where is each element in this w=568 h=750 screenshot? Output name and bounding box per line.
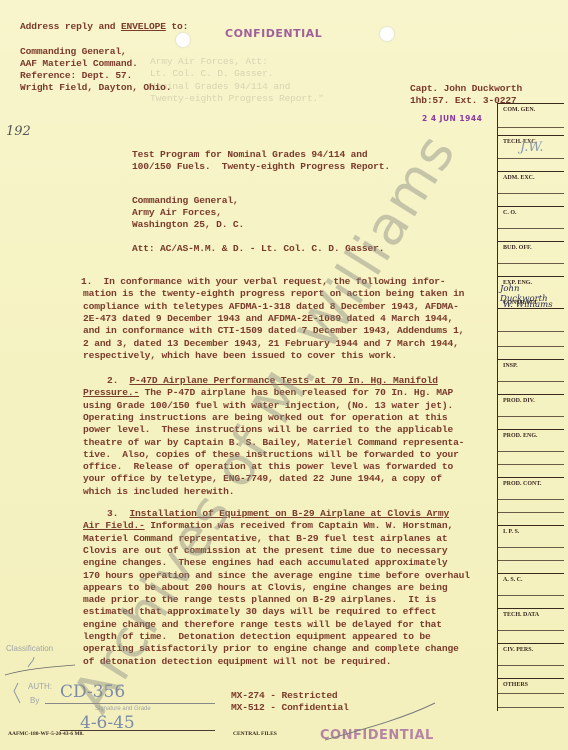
routing-row [498,512,564,513]
addressee-line: Army Air Forces, [132,207,222,219]
routing-sidebar: COM. GEN. TECH. EXC. ADM. EXC. C. O. BUD… [497,103,568,711]
handwritten-page-number: 192 [6,124,31,139]
paragraph-heading-cont: Air Field.- [83,520,145,531]
addressee-line: Washington 25, D. C. [132,219,244,231]
routing-row [498,331,564,332]
sender-line: Commanding General, [20,46,127,58]
routing-label: PROD. CONT. [503,481,541,487]
routing-label: INSP. [503,363,518,369]
address-reply-text: Address reply and [20,21,121,32]
document-page: Army Air Forces, Att: Lt. Col. C. D. Gas… [0,0,568,750]
routing-row [498,158,564,159]
routing-row [498,547,564,548]
routing-row [498,381,564,382]
routing-row [498,228,564,229]
signature-tech-exc: J.W. [520,140,544,155]
routing-label: PROD. DIV. [503,398,535,404]
routing-row: TECH. EXC. [498,135,564,136]
routing-row [498,464,564,465]
routing-label: TECH. DATA [503,612,539,618]
sender-line: AAF Materiel Command. [20,58,138,70]
paragraph-line: Materiel Command representative, that B-… [83,533,447,545]
central-files-label: CENTRAL FILES [233,731,277,737]
routing-row [498,193,564,194]
routing-row: EXP. ENG. [498,276,564,277]
routing-label: BUD. OFF. [503,245,532,251]
routing-row: PROD. DIV. [498,394,564,395]
paragraph-line: Clovis are out of commission at the pres… [83,545,447,557]
subject-line: Test Program for Nominal Grades 94/114 a… [132,149,368,161]
routing-label: PROD. ENG. [503,433,538,439]
confidential-stamp-top: CONFIDENTIAL [225,27,322,40]
address-reply-tail: to: [166,21,188,32]
routing-row [498,630,564,631]
routing-row: C. O. [498,206,564,207]
addressee-line: Commanding General, [132,195,239,207]
signature-contract: W. Williams [503,300,553,310]
routing-row [498,263,564,264]
classification-label: Classification [6,644,53,653]
routing-row [498,346,564,347]
routing-label: A. S. C. [503,577,523,583]
routing-row [498,665,564,666]
routing-row [498,127,564,128]
paragraph-line: compliance with teletypes AFDMA-1-318 da… [83,301,459,313]
date-stamp: 2 4 JUN 1944 [422,114,482,123]
routing-row: COM. GEN. [498,103,564,104]
routing-row [498,693,564,694]
routing-row: I. P. S. [498,525,564,526]
routing-row: ADM. EXC. [498,171,564,172]
paragraph-line: respectively, which have been issued to … [83,350,397,362]
bleed-through-text: Army Air Forces, Att: Lt. Col. C. D. Gas… [150,56,324,105]
paragraph-heading-line: 3. Installation of Equipment on B-29 Air… [107,508,449,520]
routing-row: INSP. [498,359,564,360]
sender-line: Wright Field, Dayton, Ohio. [20,82,171,94]
routing-label: I. P. S. [503,529,519,535]
form-code: AAFMC-180-WF-5-20-43-6 M8. [8,731,84,737]
routing-row [498,451,564,452]
sender-line: Reference: Dept. 57. [20,70,132,82]
officer-name: Capt. John Duckworth [410,83,522,95]
routing-row: BUD. OFF. [498,241,564,242]
routing-row: PROD. CONT. [498,477,564,478]
punch-hole [380,27,394,41]
routing-row [498,595,564,596]
routing-row: A. S. C. [498,573,564,574]
paragraph-line: and in conformance with CTI-1509 dated 7… [83,325,464,337]
paragraph-heading-cont: Pressure.- [83,387,139,398]
envelope-word: ENVELOPE [121,21,166,32]
paragraph-line: Air Field.- Information was received fro… [83,520,453,532]
routing-row: PROD. ENG. [498,429,564,430]
paragraph-line: 2E-473 dated 9 December 1943 and AFDMA-2… [83,313,453,325]
paragraph-line: 2 and 3, dated 13 December 1943, 21 Febr… [83,338,459,350]
routing-label: ADM. EXC. [503,175,535,181]
routing-row [498,499,564,500]
routing-row: CIV. PERS. [498,643,564,644]
subject-line: 100/150 Fuels. Twenty-eighth Progress Re… [132,161,390,173]
routing-row: OTHERS [498,678,564,679]
address-reply-line: Address reply and ENVELOPE to: [20,21,188,33]
punch-hole [176,33,190,47]
routing-row [498,416,564,417]
routing-label: COM. GEN. [503,107,535,113]
routing-row [498,560,564,561]
strike-line [320,700,440,745]
paragraph-line: mation is the twenty-eighth progress rep… [83,288,464,300]
routing-row [498,707,564,708]
routing-label: OTHERS [503,682,528,688]
routing-label: CIV. PERS. [503,647,533,653]
routing-label: C. O. [503,210,517,216]
routing-row: TECH. DATA [498,608,564,609]
